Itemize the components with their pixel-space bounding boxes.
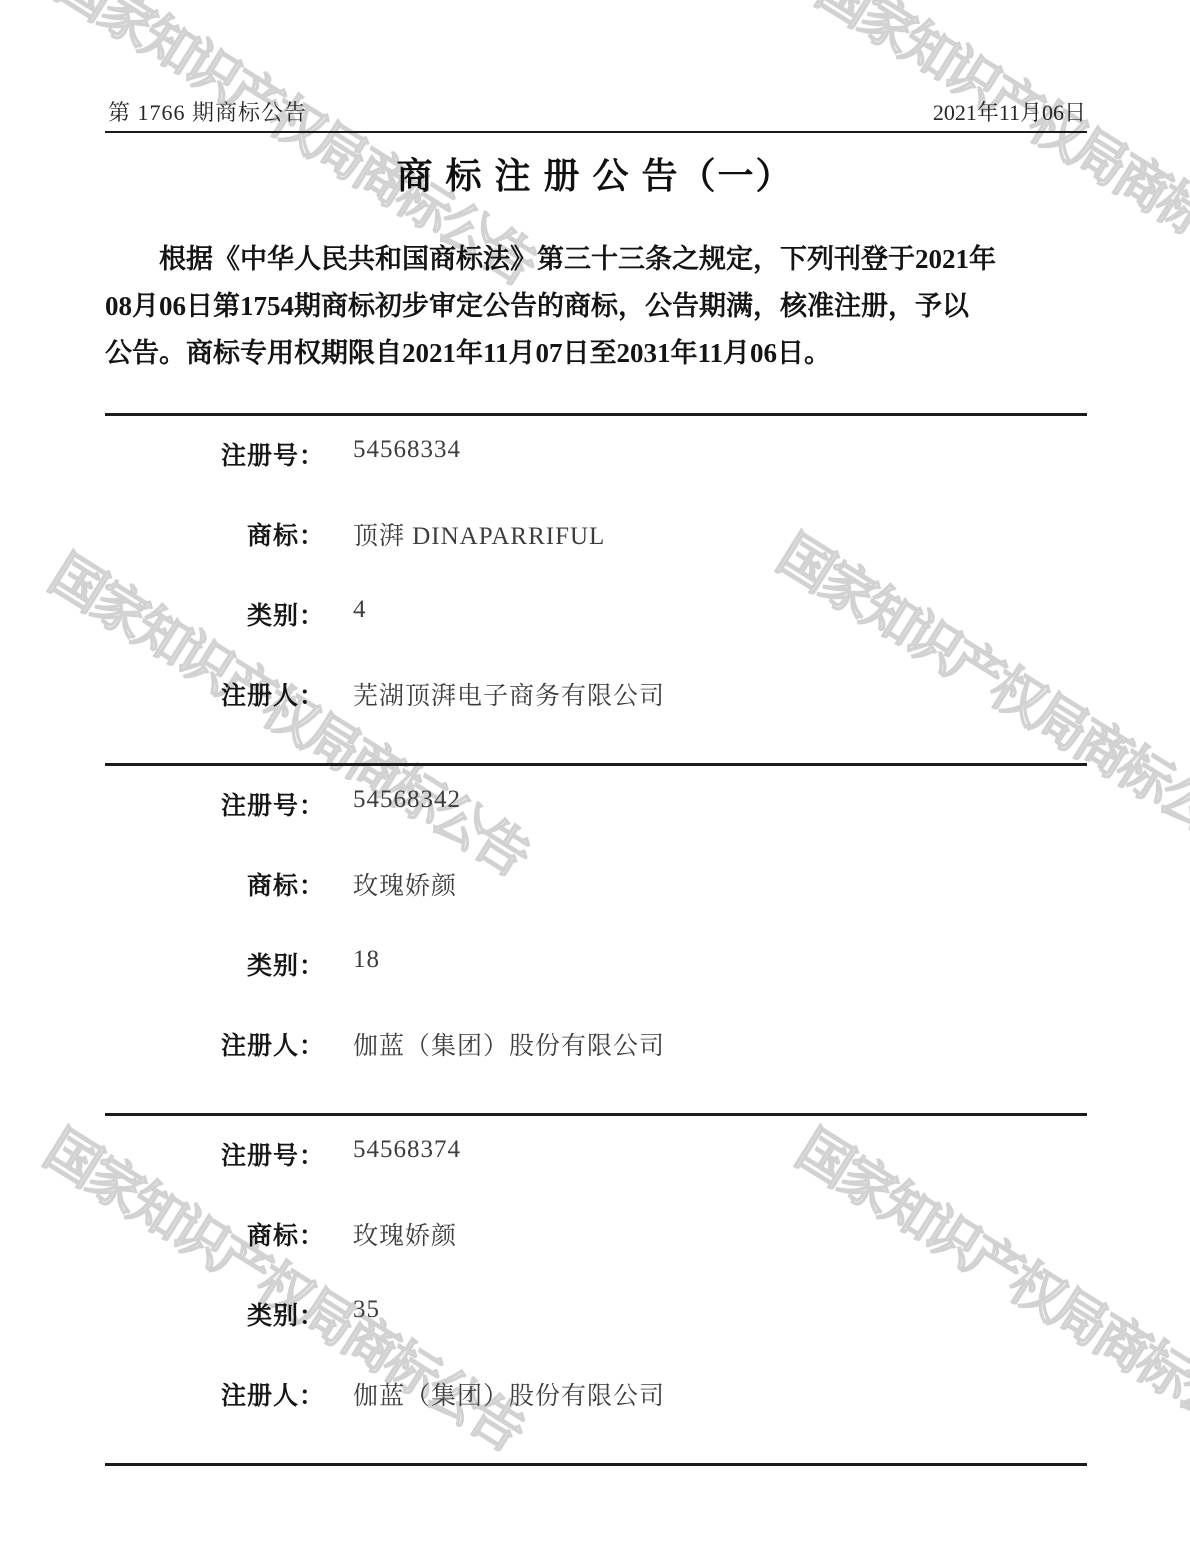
- registrant-label: 注册人：: [105, 676, 325, 712]
- record-row-reg-no: 注册号： 54568374: [105, 1136, 1087, 1161]
- registrant-label: 注册人：: [105, 1026, 325, 1062]
- record-row-category: 类别： 4: [105, 596, 1087, 621]
- trademark-label: 商标：: [105, 1216, 325, 1252]
- registrant-label: 注册人：: [105, 1376, 325, 1412]
- category-value: 4: [353, 596, 367, 624]
- gazette-page: 国家知识产权局商标公告 国家知识产权局商标公告 国家知识产权局商标公告 国家知识…: [0, 0, 1190, 1564]
- registrant-value: 伽蓝（集团）股份有限公司: [353, 1376, 665, 1412]
- reg-no-value: 54568334: [353, 436, 461, 464]
- category-value: 35: [353, 1296, 380, 1324]
- trademark-records: 注册号： 54568334 商标： 顶湃 DINAPARRIFUL 类别： 4 …: [105, 413, 1087, 1466]
- registrant-value: 芜湖顶湃电子商务有限公司: [353, 676, 665, 712]
- category-label: 类别：: [105, 946, 325, 982]
- header-divider: [105, 131, 1087, 133]
- record-row-trademark: 商标： 玫瑰娇颜: [105, 866, 1087, 891]
- reg-no-value: 54568342: [353, 786, 461, 814]
- category-value: 18: [353, 946, 380, 974]
- record-row-category: 类别： 18: [105, 946, 1087, 971]
- intro-line: 公告。商标专用权期限自2021年11月07日至2031年11月06日。: [105, 330, 1087, 377]
- trademark-value: 玫瑰娇颜: [353, 1216, 457, 1252]
- record-row-category: 类别： 35: [105, 1296, 1087, 1321]
- trademark-record: 注册号： 54568342 商标： 玫瑰娇颜 类别： 18 注册人： 伽蓝（集团…: [105, 763, 1087, 1113]
- reg-no-label: 注册号：: [105, 786, 325, 822]
- page-content: 第 1766 期商标公告 2021年11月06日 商 标 注 册 公 告（一） …: [0, 0, 1190, 1564]
- record-row-registrant: 注册人： 伽蓝（集团）股份有限公司: [105, 1376, 1087, 1401]
- record-row-registrant: 注册人： 芜湖顶湃电子商务有限公司: [105, 676, 1087, 701]
- record-row-trademark: 商标： 玫瑰娇颜: [105, 1216, 1087, 1241]
- category-label: 类别：: [105, 596, 325, 632]
- registrant-value: 伽蓝（集团）股份有限公司: [353, 1026, 665, 1062]
- trademark-record: 注册号： 54568334 商标： 顶湃 DINAPARRIFUL 类别： 4 …: [105, 413, 1087, 763]
- trademark-label: 商标：: [105, 866, 325, 902]
- intro-line: 根据《中华人民共和国商标法》第三十三条之规定，下列刊登于2021年: [105, 236, 1087, 283]
- reg-no-label: 注册号：: [105, 1136, 325, 1172]
- gazette-date-label: 2021年11月06日: [933, 96, 1086, 127]
- record-row-trademark: 商标： 顶湃 DINAPARRIFUL: [105, 516, 1087, 541]
- trademark-value: 玫瑰娇颜: [353, 866, 457, 902]
- gazette-issue-label: 第 1766 期商标公告: [108, 96, 307, 127]
- reg-no-label: 注册号：: [105, 436, 325, 472]
- closing-divider: [105, 1463, 1087, 1466]
- record-row-reg-no: 注册号： 54568342: [105, 786, 1087, 811]
- trademark-record: 注册号： 54568374 商标： 玫瑰娇颜 类别： 35 注册人： 伽蓝（集团…: [105, 1113, 1087, 1463]
- category-label: 类别：: [105, 1296, 325, 1332]
- record-row-reg-no: 注册号： 54568334: [105, 436, 1087, 461]
- record-row-registrant: 注册人： 伽蓝（集团）股份有限公司: [105, 1026, 1087, 1051]
- page-title: 商 标 注 册 公 告（一）: [0, 148, 1190, 199]
- trademark-value: 顶湃 DINAPARRIFUL: [353, 516, 605, 552]
- trademark-label: 商标：: [105, 516, 325, 552]
- intro-paragraph: 根据《中华人民共和国商标法》第三十三条之规定，下列刊登于2021年 08月06日…: [105, 236, 1087, 377]
- reg-no-value: 54568374: [353, 1136, 461, 1164]
- intro-line: 08月06日第1754期商标初步审定公告的商标，公告期满，核准注册，予以: [105, 283, 1087, 330]
